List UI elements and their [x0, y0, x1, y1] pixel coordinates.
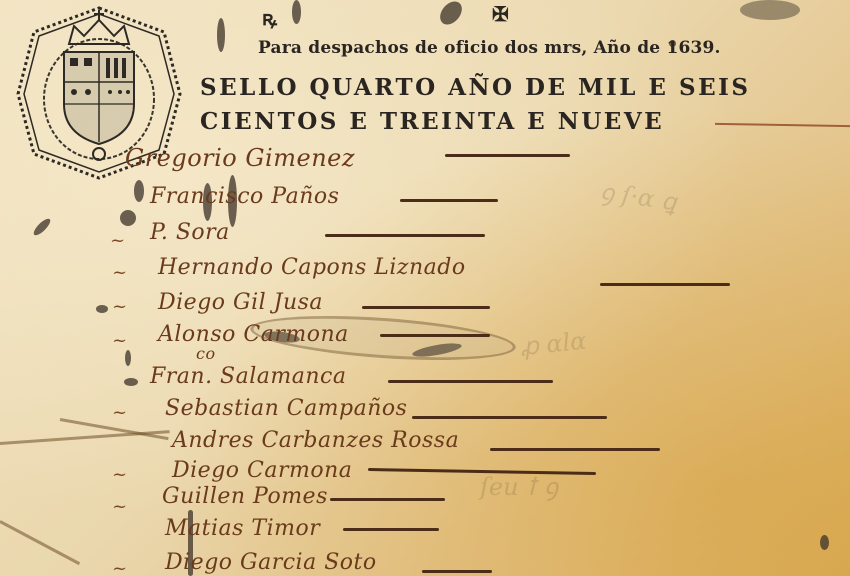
list-marker: ~: [112, 558, 127, 576]
list-marker: ~: [112, 402, 127, 423]
name-entry: Fran. Salamanca: [150, 364, 346, 389]
manuscript-page: ꝯ ſ·ɑ ꝗ ꝓ ɑlɑ ſeu ꝉ ꝯ: [0, 0, 850, 576]
wormhole: [96, 305, 108, 313]
name-rule: [445, 154, 570, 157]
bleed-through-text: ꝓ ɑlɑ: [519, 327, 588, 362]
name-rule: [330, 498, 445, 501]
cross-icon: ✠: [492, 2, 509, 26]
name-rule: [400, 199, 498, 202]
name-entry: Diego Garcia Soto: [165, 550, 377, 575]
name-rule: [388, 380, 553, 383]
list-marker: ~: [112, 262, 127, 283]
name-entry: Guillen Pomes: [162, 484, 328, 509]
name-rule: [600, 283, 730, 286]
wormhole: [120, 210, 136, 226]
wormhole: [740, 0, 800, 20]
wormhole: [436, 0, 467, 29]
name-entry: Sebastian Campaños: [165, 396, 407, 421]
name-rule: [362, 306, 490, 309]
name-entry: Hernando Capons Liznado: [158, 255, 466, 280]
list-marker: ~: [112, 464, 127, 485]
name-rule: [380, 334, 490, 337]
name-rule: [412, 416, 607, 419]
name-rule: [490, 448, 660, 451]
printed-title-line-2: cientos e treinta e nueve: [200, 108, 664, 135]
name-entry: Gregorio Gimenez: [125, 144, 355, 172]
name-entry: P. Sora: [150, 220, 230, 245]
bleed-through-text: ꝯ ſ·ɑ ꝗ: [598, 175, 679, 218]
wormhole: [124, 378, 138, 386]
name-entry: Matias Timor: [165, 516, 320, 541]
wormhole: [820, 535, 829, 550]
interlinear-note: co: [196, 344, 216, 363]
wormhole: [292, 0, 301, 24]
name-entry: Alonso Carmona: [158, 322, 349, 347]
wormhole: [134, 180, 144, 202]
header-rule: [715, 123, 850, 127]
name-rule: [343, 528, 439, 531]
list-marker: ~: [112, 496, 127, 517]
name-entry: Diego Gil Jusa: [158, 290, 323, 315]
name-rule: [325, 234, 485, 237]
printed-subtitle: Para despachos de oficio dos mrs, Año de…: [258, 38, 721, 58]
wormhole: [217, 18, 225, 52]
list-marker: ~: [112, 296, 127, 317]
list-marker: ~: [110, 230, 125, 251]
wormhole: [31, 216, 52, 237]
printed-title-line-1: Sello quarto año de mil e seis: [200, 74, 750, 101]
water-stain-line: [0, 520, 80, 565]
bleed-through-text: ſeu ꝉ ꝯ: [480, 470, 558, 503]
name-entry: Diego Carmona: [172, 458, 352, 483]
list-marker: ~: [112, 330, 127, 351]
name-rule: [422, 570, 492, 573]
name-entry: Francisco Paños: [150, 184, 339, 209]
paragraph-marker: ꝶ: [262, 4, 277, 31]
name-entry: Andres Carbanzes Rossa: [172, 428, 459, 453]
wormhole: [125, 350, 131, 366]
